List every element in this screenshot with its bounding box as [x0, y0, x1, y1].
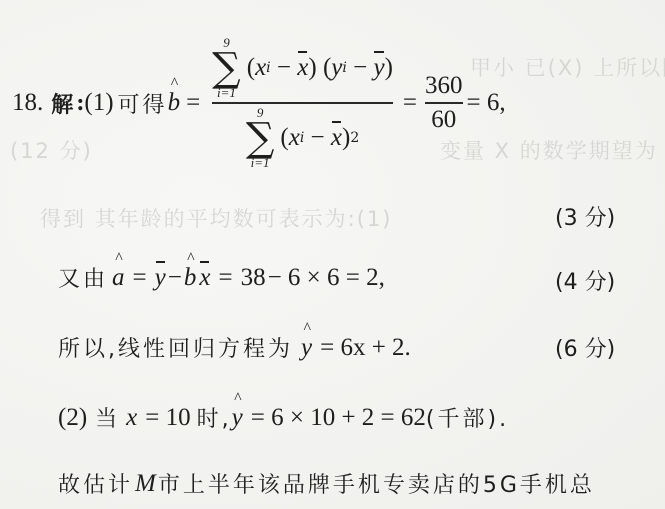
y-mean-value: 38	[241, 264, 266, 292]
part2-unit: (千部).	[426, 402, 509, 433]
b-hat: b	[184, 264, 197, 292]
a-calc: − 6 × 6 = 2,	[268, 264, 385, 292]
solution-label: 解	[51, 88, 76, 119]
y-hat: y	[301, 334, 312, 362]
sum-icon: 9 ∑ i=1	[212, 36, 241, 100]
fraction-numerator: 360	[425, 72, 463, 100]
formula-b-line: 18. 解 : (1) 可得 b = 9 ∑ i=1 (xi − x) (yi …	[12, 38, 506, 168]
denominator: 9 ∑ i=1 (xi − x)2	[246, 106, 359, 170]
equals-sign: =	[403, 89, 417, 117]
conclusion-rest: 市上半年该品牌手机专卖店的5G手机总	[158, 468, 595, 499]
regression-intro: 所以,线性回归方程为	[58, 332, 293, 363]
score-4: (4 分)	[555, 265, 615, 296]
part2-line: (2) 当 x = 10 时, y = 6 × 10 + 2 = 62 (千部)…	[58, 402, 509, 433]
equals-sign: =	[186, 89, 200, 117]
b-result: = 6,	[467, 89, 506, 117]
formula-a-line: 又由 a = y − b x = 38 − 6 × 6 = 2,	[58, 262, 385, 293]
part2-when: 时,	[197, 402, 232, 433]
problem-number: 18.	[12, 89, 43, 117]
scanned-page: 甲小 已(X) 上所以随机 变量 X 的数学期望为 (12 分) 得到 其年龄的…	[0, 0, 665, 509]
part2-marker: (2)	[58, 404, 87, 432]
conclusion-intro: 故估计	[58, 468, 133, 499]
colon: :	[76, 90, 84, 116]
part2-calc: = 6 × 10 + 2 = 62	[251, 404, 426, 432]
part1-intro: 可得	[118, 88, 168, 119]
sum-icon: 9 ∑ i=1	[246, 106, 275, 170]
regression-fraction: 9 ∑ i=1 (xi − x) (yi − y) 9 ∑ i=1 (xi − …	[212, 36, 393, 170]
y-hat: y	[232, 404, 243, 432]
b-hat: b	[168, 89, 181, 117]
conclusion-line: 故估计 M 市上半年该品牌手机专卖店的5G手机总	[58, 468, 595, 499]
numerator: 9 ∑ i=1 (xi − x) (yi − y)	[212, 36, 393, 100]
line-a-intro: 又由	[58, 262, 108, 293]
score-3: (3 分)	[555, 201, 615, 232]
part2-intro: 当	[95, 402, 120, 433]
value-fraction: 360 60	[425, 72, 463, 134]
regression-line: 所以,线性回归方程为 y = 6x + 2.	[58, 332, 411, 363]
fraction-denominator: 60	[431, 106, 456, 134]
x-bar: x	[199, 264, 210, 292]
regression-equation: = 6x + 2.	[320, 334, 411, 362]
part1-marker: (1)	[84, 89, 113, 117]
fraction-bar	[212, 102, 393, 104]
city-variable: M	[135, 470, 156, 498]
a-hat: a	[112, 264, 125, 292]
y-bar: y	[155, 264, 166, 292]
bleed-through-text: 得到 其年龄的平均数可表示为:(1)	[40, 203, 393, 233]
score-6: (6 分)	[555, 332, 615, 363]
